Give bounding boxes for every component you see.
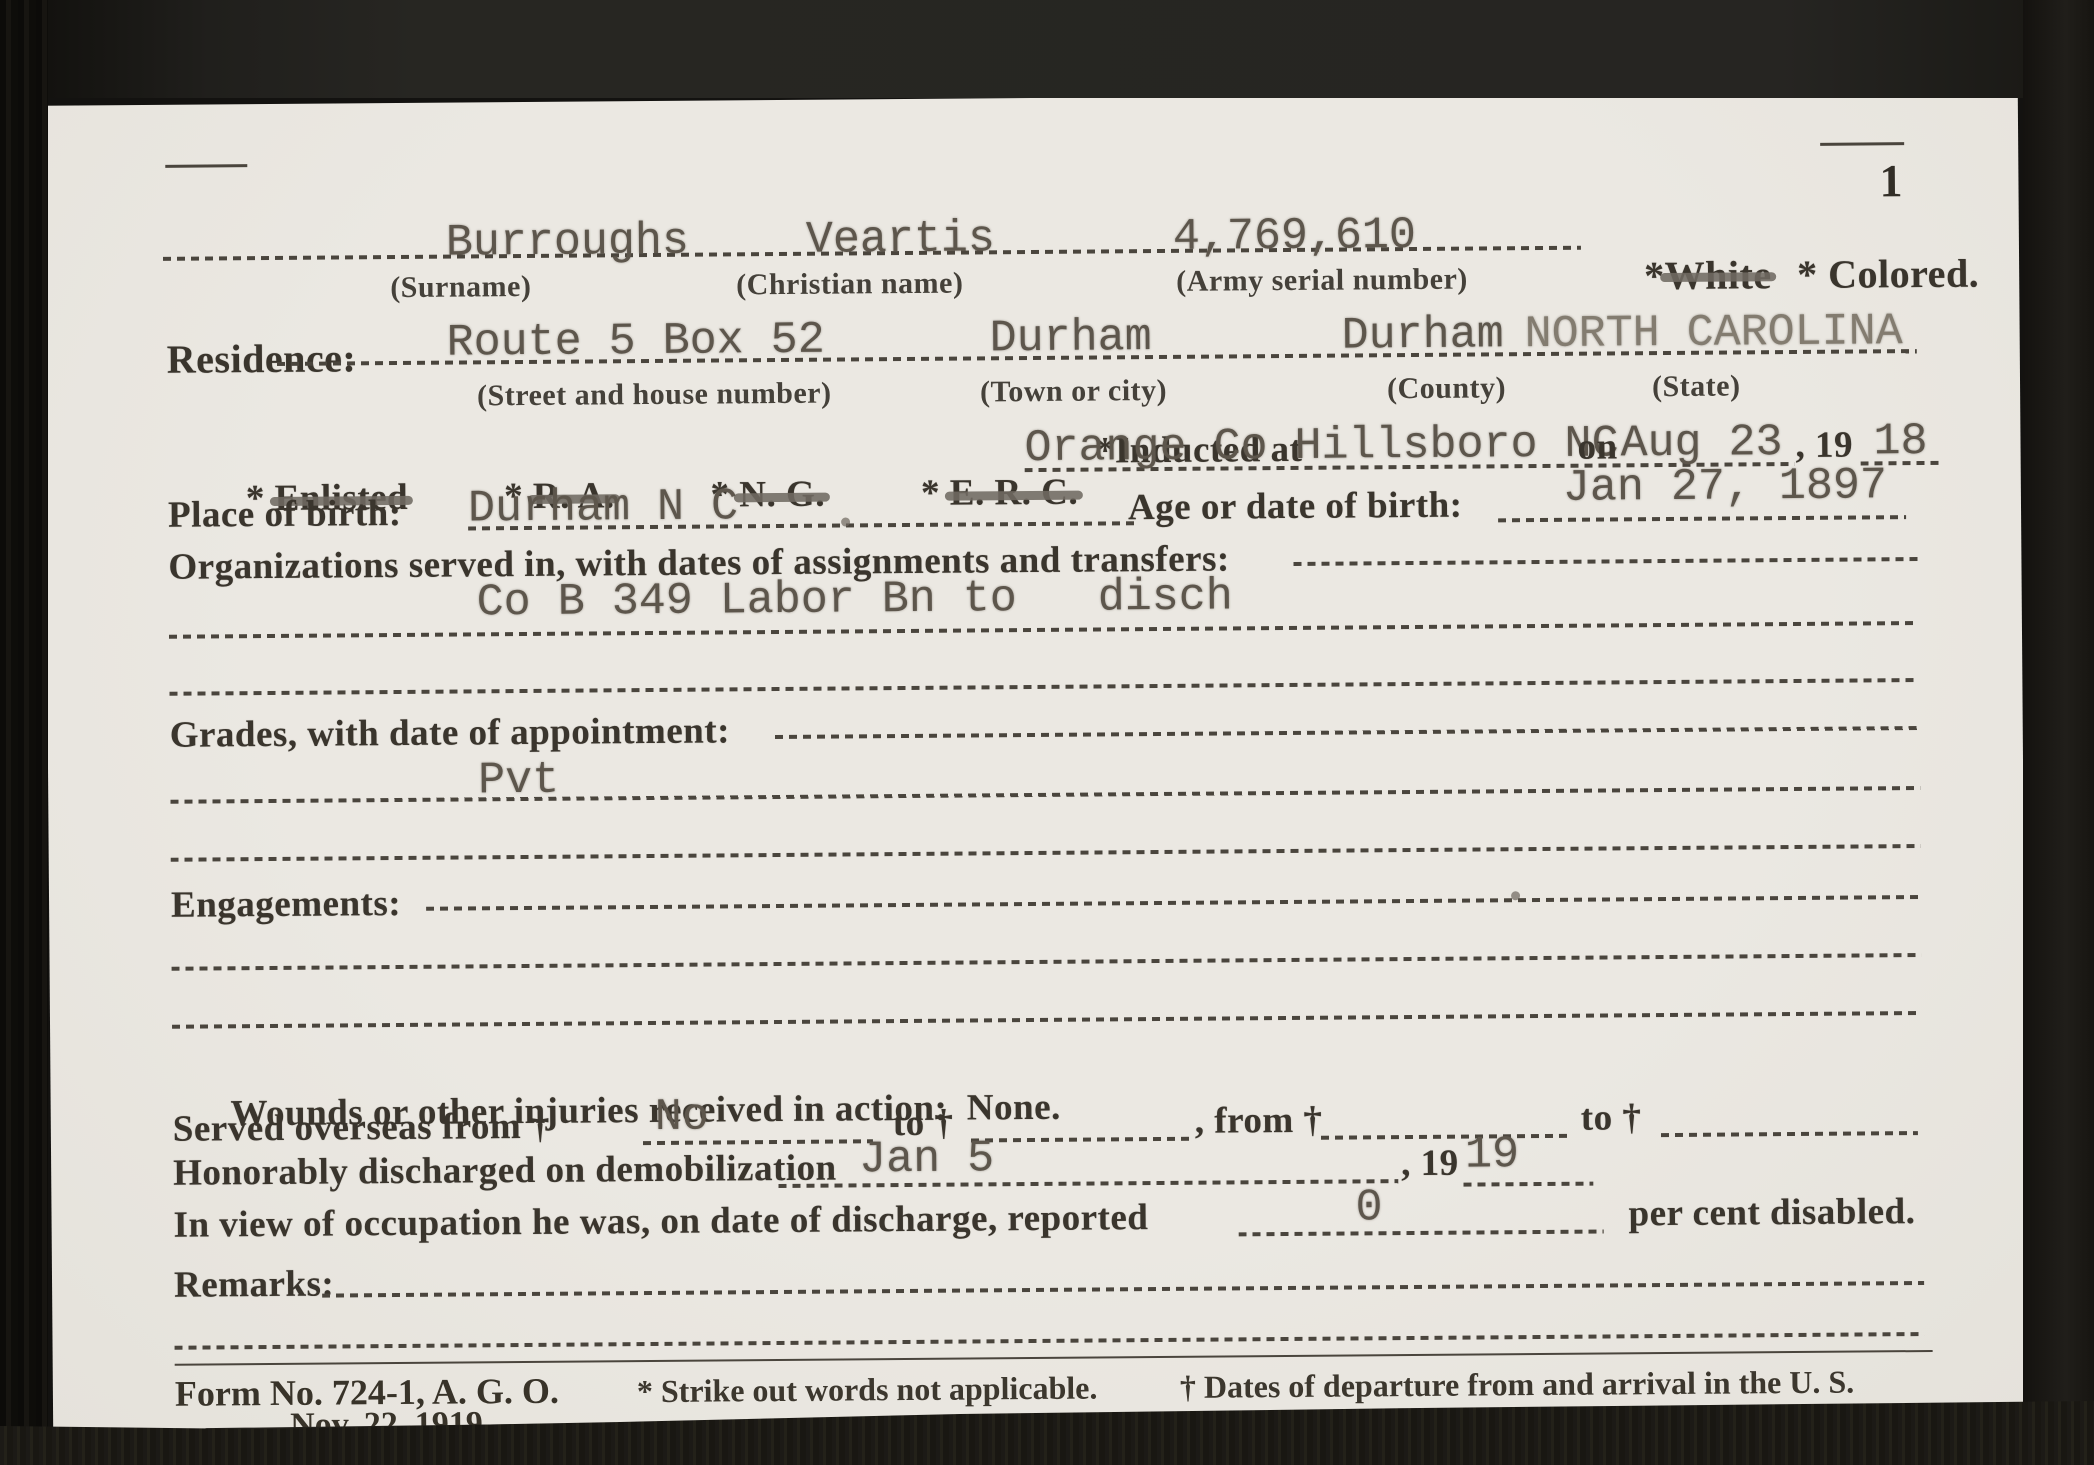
organizations-value: Co B 349 Labor Bn to disch	[477, 574, 1233, 625]
overseas-rule-3	[1321, 1134, 1568, 1140]
discharge-label: Honorably discharged on demobilization	[173, 1149, 837, 1195]
footer-note-strike: * Strike out words not applicable.	[637, 1372, 1098, 1408]
discharge-year-value: 19	[1465, 1132, 1519, 1177]
residence-county-value: Durham	[1341, 312, 1503, 358]
residence-town-value: Durham	[989, 315, 1151, 361]
birth-place-label: Place of birth:	[168, 494, 402, 537]
scan-background-top	[0, 0, 2094, 98]
remarks-label: Remarks:	[174, 1265, 335, 1307]
erc-star: *	[921, 472, 940, 513]
christian-name-value: Veartis	[806, 216, 995, 262]
page-number: 1	[1879, 158, 1902, 204]
overseas-from1-value: No	[655, 1095, 709, 1140]
scan-background-right	[2023, 0, 2094, 1465]
wounds-value: None.	[967, 1087, 1061, 1129]
christian-name-label: (Christian name)	[736, 269, 963, 301]
disability-label: In view of occupation he was, on date of…	[173, 1198, 1148, 1246]
footer-solid-rule	[175, 1350, 1933, 1366]
birth-age-rule	[1498, 515, 1906, 522]
discharge-year-rule	[1463, 1182, 1593, 1187]
serial-number-label: (Army serial number)	[1176, 265, 1468, 297]
erc-word-struck: E. R. C.	[950, 472, 1079, 514]
state-label: (State)	[1652, 371, 1741, 402]
organizations-label-rule	[1293, 557, 1918, 566]
engagements-label: Engagements:	[171, 884, 401, 926]
scanned-service-record: 1 Burroughs Veartis 4,769,610 *White * C…	[0, 0, 2094, 1465]
residence-label: Residence:	[167, 336, 357, 381]
discharge-date-value: Jan 5	[859, 1136, 994, 1182]
disability-value: 0	[1355, 1185, 1382, 1230]
scan-background-left	[0, 0, 48, 1465]
overseas-rule-2	[971, 1137, 1193, 1143]
overseas-from2-label: , from †	[1195, 1101, 1323, 1143]
engagements-rule-1	[172, 953, 1922, 971]
disability-suffix: per cent disabled.	[1628, 1192, 1915, 1235]
discharge-year-prefix: , 19	[1401, 1144, 1459, 1185]
overseas-rule-4	[1661, 1131, 1918, 1137]
surname-value: Burroughs	[446, 219, 689, 266]
grades-label: Grades, with date of appointment:	[170, 711, 731, 756]
disability-rule	[1239, 1230, 1604, 1237]
surname-label: (Surname)	[390, 272, 531, 303]
footer-dashed-rule	[175, 1332, 1925, 1350]
record-card: 1 Burroughs Veartis 4,769,610 *White * C…	[43, 90, 2028, 1437]
ng-word-struck: N. G.	[739, 474, 825, 515]
remarks-rule	[322, 1281, 1924, 1298]
scan-speck	[841, 517, 850, 526]
county-label: (County)	[1387, 373, 1506, 404]
birth-age-label: Age or date of birth:	[1128, 486, 1463, 529]
footer-note-dagger: † Dates of departure from and arrival in…	[1180, 1366, 1855, 1403]
serial-number-value: 4,769,610	[1173, 213, 1416, 260]
residence-street-value: Route 5 Box 52	[446, 318, 824, 366]
induction-date-value: Aug 23	[1620, 420, 1782, 466]
overseas-to2-label: to †	[1581, 1098, 1642, 1139]
induction-year-value: 18	[1873, 419, 1927, 464]
birth-place-value: Durham N C	[468, 484, 738, 531]
town-label: (Town or city)	[980, 376, 1167, 407]
colored-word: Colored.	[1828, 251, 1979, 297]
grades-label-rule	[775, 726, 1920, 739]
colored-star: *	[1797, 252, 1818, 297]
street-label: (Street and house number)	[477, 379, 832, 412]
engagements-label-rule	[426, 895, 1921, 911]
residence-state-value: NORTH CAROLINA	[1524, 309, 1902, 357]
engagements-rule-2	[172, 1011, 1922, 1029]
induction-place-value: Orange Co Hillsboro NC	[1024, 421, 1618, 471]
scan-speck	[1511, 891, 1520, 900]
organizations-rule-2	[169, 678, 1919, 696]
birth-age-value: Jan 27, 1897	[1563, 463, 1887, 511]
grades-rule-2	[171, 844, 1921, 862]
grades-rule-1	[170, 786, 1920, 804]
overseas-label: Served overseas from †	[173, 1107, 550, 1151]
blank-rule-mark	[165, 164, 247, 168]
page-number-overline	[1820, 142, 1904, 146]
